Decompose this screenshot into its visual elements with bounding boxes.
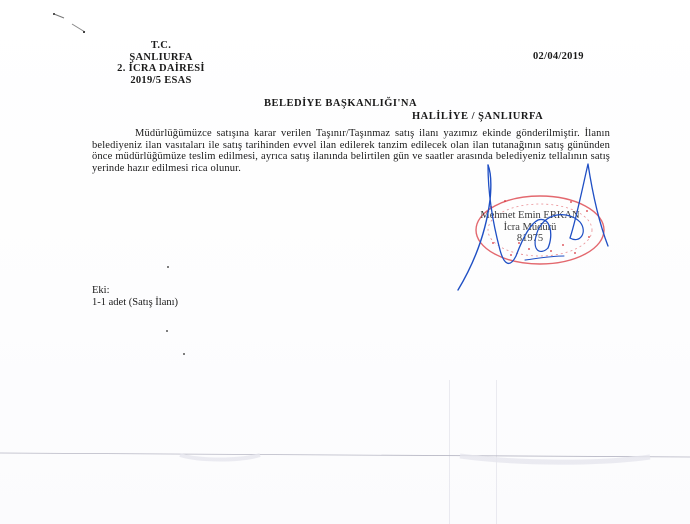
recipient-location: HALİLİYE / ŞANLIURFA (412, 111, 543, 122)
header-line-office: 2. İCRA DAİRESİ (96, 63, 226, 75)
paper-fold-line (0, 452, 690, 466)
scan-speck (183, 353, 185, 355)
signatory-title: İcra Müdürü (462, 222, 598, 234)
document-date: 02/04/2019 (533, 51, 584, 62)
scan-speck (166, 330, 168, 332)
letter-body: Müdürlüğümüzce satışına karar verilen Ta… (92, 128, 610, 174)
header-line-city: ŞANLIURFA (96, 52, 226, 64)
attachments-label: Eki: (92, 285, 178, 297)
signature-block: Mehmet Emin ERKAN İcra Müdürü 81975 (462, 210, 598, 245)
scan-speck (167, 266, 169, 268)
recipient-name: BELEDİYE BAŞKANLIĞI'NA (264, 98, 417, 109)
attachment-item: 1-1 adet (Satış İlanı) (92, 297, 178, 309)
header-line-case-number: 2019/5 ESAS (96, 75, 226, 87)
scanned-document-page: T.C. ŞANLIURFA 2. İCRA DAİRESİ 2019/5 ES… (0, 0, 690, 524)
issuing-office-header: T.C. ŞANLIURFA 2. İCRA DAİRESİ 2019/5 ES… (96, 40, 226, 86)
signatory-number: 81975 (462, 233, 598, 245)
header-line-tc: T.C. (96, 40, 226, 52)
attachments-section: Eki: 1-1 adet (Satış İlanı) (92, 285, 178, 309)
signatory-name: Mehmet Emin ERKAN (462, 210, 598, 222)
scan-artifact-mark (50, 8, 100, 36)
